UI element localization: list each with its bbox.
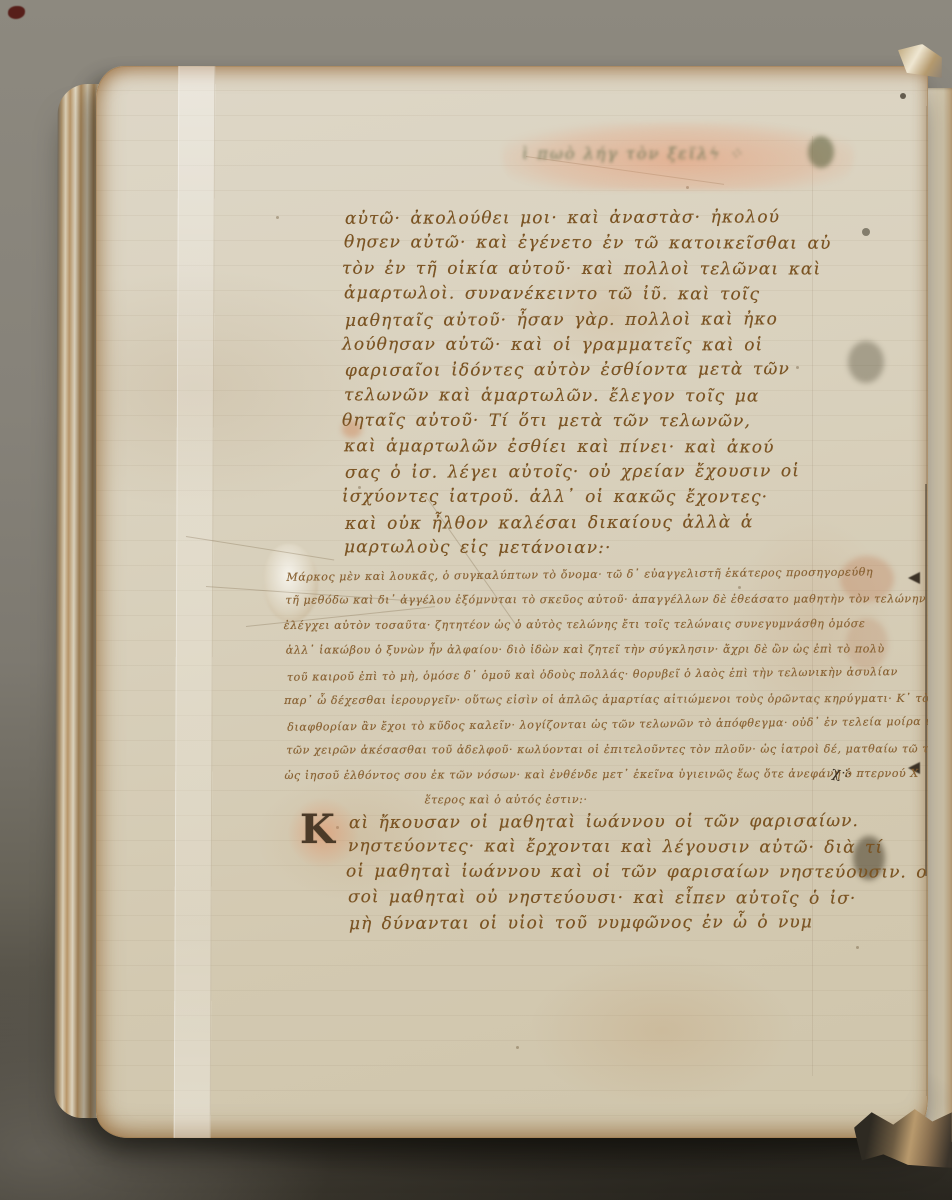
text-line: θηταῖς αὐτοῦ· Τί ὅτι μετὰ τῶν τελωνῶν, xyxy=(342,409,832,435)
rubric-text: ὶ πωὸ λήγ τὸν ξεϊλϟ ⁘ xyxy=(522,144,822,163)
text-line: τὸν ἐν τῆ οἰκία αὐτοῦ· καὶ πολλοὶ τελῶνα… xyxy=(342,256,832,282)
initial-letter: Κ xyxy=(300,806,335,853)
commentary-line: ἀλλ᾽ ἰακώβου ὁ ξυνὼν ἦν ἀλφαίου· διὸ ἰδὼ… xyxy=(286,636,886,662)
text-line: καὶ οὐκ ἦλθον καλέσαι δικαίους ἀλλὰ ἁ xyxy=(345,510,835,537)
commentary-line: ὡς ἰησοῦ ἐλθόντος σου ἐκ τῶν νόσων· καὶ … xyxy=(284,761,884,788)
repair-tape-strip xyxy=(174,66,216,1138)
text-line: νηστεύοντες· καὶ ἔρχονται καὶ λέγουσιν α… xyxy=(348,834,908,861)
commentary-line: Μάρκος μὲν καὶ λουκᾶς, ὁ συγκαλύπτων τὸ … xyxy=(286,559,886,589)
commentary-line: ἐλέγχει αὐτὸν τοσαῦτα· ζητητέον ὡς ὁ αὐτ… xyxy=(284,611,884,638)
text-line: οἱ μαθηταὶ ἰωάννου καὶ οἱ τῶν φαρισαίων … xyxy=(346,860,906,886)
text-line: μαθηταῖς αὐτοῦ· ἦσαν γὰρ. πολλοὶ καὶ ἠκο xyxy=(345,307,835,334)
dark-smudge xyxy=(848,341,884,383)
manuscript-page: ὶ πωὸ λήγ τὸν ξεϊλϟ ⁘ αὐτῶ· ἀκολούθει μο… xyxy=(96,66,928,1138)
speckle xyxy=(276,216,279,219)
text-line: αὶ ἤκουσαν οἱ μαθηταὶ ἰωάννου οἱ τῶν φαρ… xyxy=(349,809,909,836)
gospel-text-block-2: αὶ ἤκουσαν οἱ μαθηταὶ ἰωάννου οἱ τῶν φαρ… xyxy=(348,810,908,936)
commentary-line: διαφθορίαν ἂν ἔχοι τὸ κῦδος καλεῖν· λογί… xyxy=(287,709,887,739)
text-line: σας ὁ ἰσ. λέγει αὐτοῖς· οὐ χρείαν ἔχουσι… xyxy=(345,459,835,486)
commentary-line: παρ᾽ ὧ δέχεσθαι ἱερουργεῖν· οὕτως εἰσὶν … xyxy=(284,686,884,713)
commentary-line: τῶν χειρῶν ἀκέσασθαι τοῦ ἀδελφοῦ· κωλύον… xyxy=(286,736,886,762)
text-line: ἰσχύοντες ἰατροῦ. ἀλλ᾽ οἱ κακῶς ἔχοντες· xyxy=(342,485,832,511)
speckle xyxy=(516,1046,519,1049)
fore-edge-crease-dark xyxy=(925,484,927,876)
manuscript-photo: ὶ πωὸ λήγ τὸν ξεϊλϟ ⁘ αὐτῶ· ἀκολούθει μο… xyxy=(0,0,952,1200)
text-line: θησεν αὐτῶ· καὶ ἐγένετο ἐν τῶ κατοικεῖσθ… xyxy=(344,231,834,258)
ink-speck xyxy=(900,93,906,99)
text-line: ἁμαρτωλοὶ. συνανέκειντο τῶ ἰῦ. καὶ τοῖς xyxy=(344,281,834,308)
faded-rubric-heading: ὶ πωὸ λήγ τὸν ξεϊλϟ ⁘ xyxy=(516,130,840,182)
speckle xyxy=(856,946,859,949)
text-line: φαρισαῖοι ἰδόντες αὐτὸν ἐσθίοντα μετὰ τῶ… xyxy=(345,357,835,384)
text-line: μαρτωλοὺς εἰς μετάνοιαν:· xyxy=(344,536,834,563)
ink-tick-mark xyxy=(908,572,920,584)
text-line: σοὶ μαθηταὶ οὐ νηστεύουσι· καὶ εἶπεν αὐτ… xyxy=(348,885,908,912)
text-line: αὐτῶ· ἀκολούθει μοι· καὶ ἀναστὰσ· ἠκολού xyxy=(345,205,835,232)
commentary-block: Μάρκος μὲν καὶ λουκᾶς, ὁ συγκαλύπτων τὸ … xyxy=(285,560,886,813)
text-line: καὶ ἁμαρτωλῶν ἐσθίει καὶ πίνει· καὶ ἀκού xyxy=(344,434,834,461)
text-line: τελωνῶν καὶ ἁμαρτωλῶν. ἔλεγον τοῖς μα xyxy=(344,383,834,410)
commentary-line: τῆ μεθόδω καὶ δι᾽ ἀγγέλου ἐξόμνυται τὸ σ… xyxy=(286,586,886,612)
text-line: μὴ δύνανται οἱ υἱοὶ τοῦ νυμφῶνος ἐν ὧ ὁ … xyxy=(349,910,909,937)
rubric-dark-blob xyxy=(808,136,834,168)
text-line: λούθησαν αὐτῶ· καὶ οἱ γραμματεῖς καὶ οἱ xyxy=(342,333,832,359)
commentary-line: τοῦ καιροῦ ἐπὶ τὸ μὴ, ὁμόσε δ᾽ ὁμοῦ καὶ … xyxy=(287,659,887,689)
gospel-text-block-1: αὐτῶ· ἀκολούθει μοι· καὶ ἀναστὰσ· ἠκολού… xyxy=(344,206,834,562)
decorated-initial-kappa: Κ xyxy=(300,810,346,856)
ink-speck xyxy=(862,228,870,236)
cross-ornament: χ⁘ xyxy=(831,763,853,784)
